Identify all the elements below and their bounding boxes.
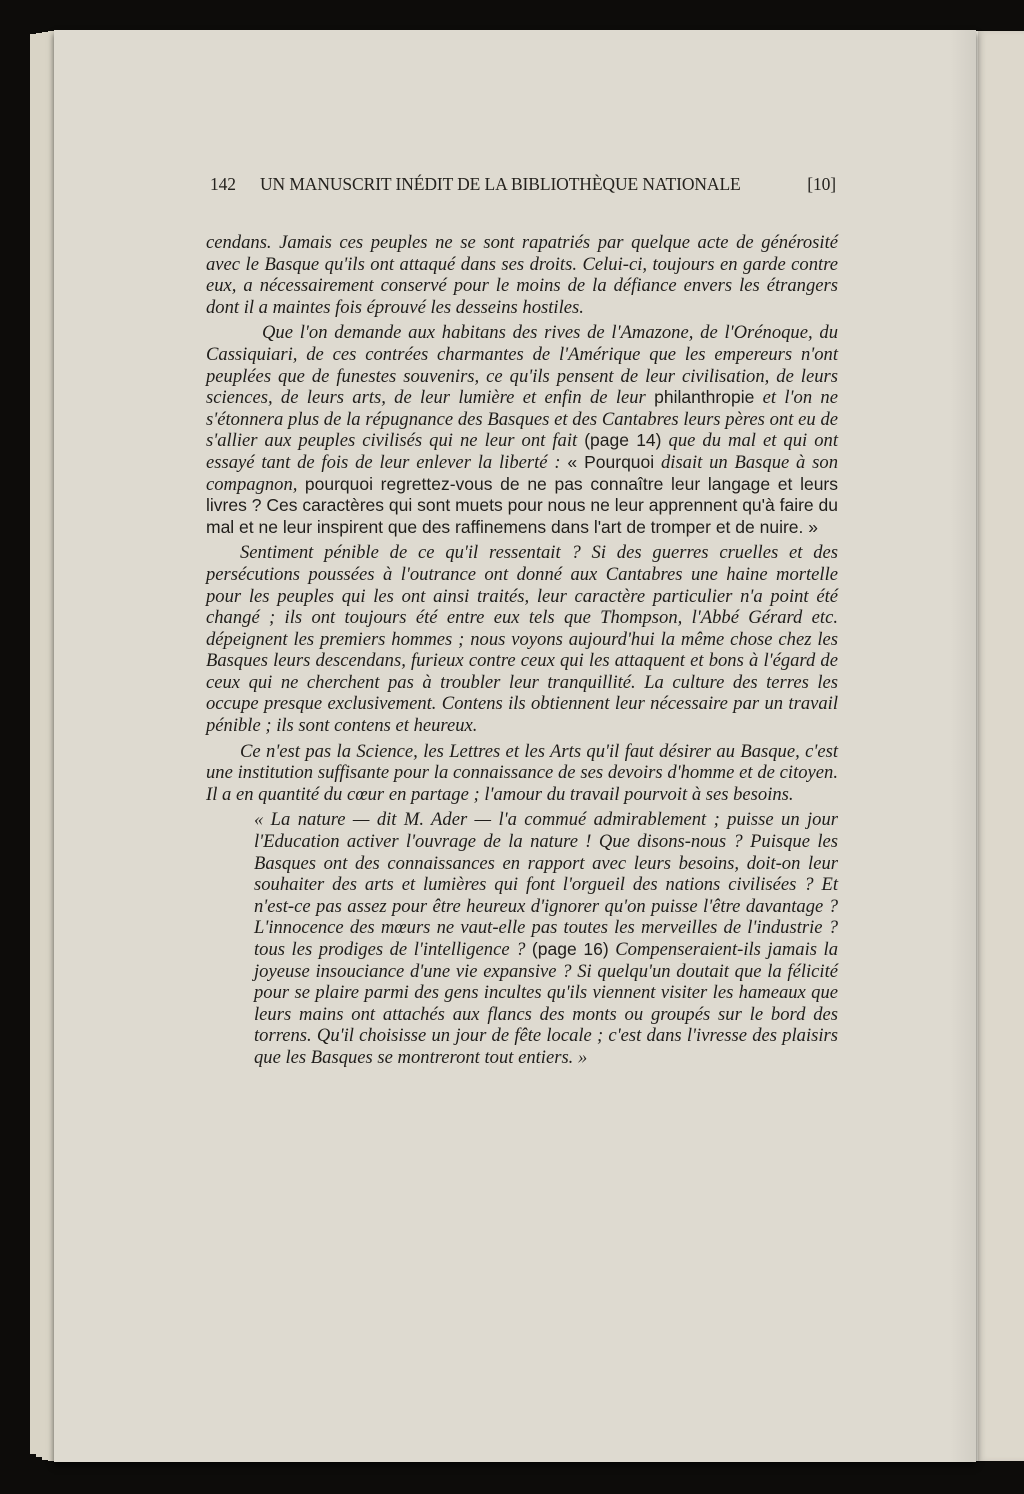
facing-page-edge: [976, 31, 1024, 1461]
paragraph: Sentiment pénible de ce qu'il ressentait…: [206, 542, 838, 736]
block-quote: « La nature — dit M. Ader — l'a commué a…: [254, 809, 838, 1068]
section-number: [10]: [807, 174, 836, 195]
paragraph: Ce n'est pas la Science, les Lettres et …: [206, 741, 838, 806]
text-roman: « Pourquoi: [567, 452, 654, 472]
paragraph: cendans. Jamais ces peuples ne se sont r…: [206, 232, 838, 318]
body-text: cendans. Jamais ces peuples ne se sont r…: [206, 232, 838, 1069]
text-italic: cendans. Jamais ces peuples ne se sont r…: [206, 232, 838, 318]
text-italic: Sentiment pénible de ce qu'il ressentait…: [206, 542, 838, 736]
paragraph: Que l'on demande aux habitans des rives …: [206, 322, 838, 538]
text-roman: philanthropie: [654, 387, 754, 407]
page-reference: (page 16): [532, 939, 609, 959]
page-number: 142: [210, 174, 260, 195]
page-reference: (page 14): [584, 430, 661, 450]
running-head: 142 UN MANUSCRIT INÉDIT DE LA BIBLIOTHÈQ…: [210, 174, 836, 195]
text-italic: Ce n'est pas la Science, les Lettres et …: [206, 741, 838, 805]
gutter-shadow: [950, 30, 976, 1462]
running-title: UN MANUSCRIT INÉDIT DE LA BIBLIOTHÈQUE N…: [260, 174, 807, 195]
text-italic: « La nature — dit M. Ader — l'a commué a…: [254, 809, 838, 960]
